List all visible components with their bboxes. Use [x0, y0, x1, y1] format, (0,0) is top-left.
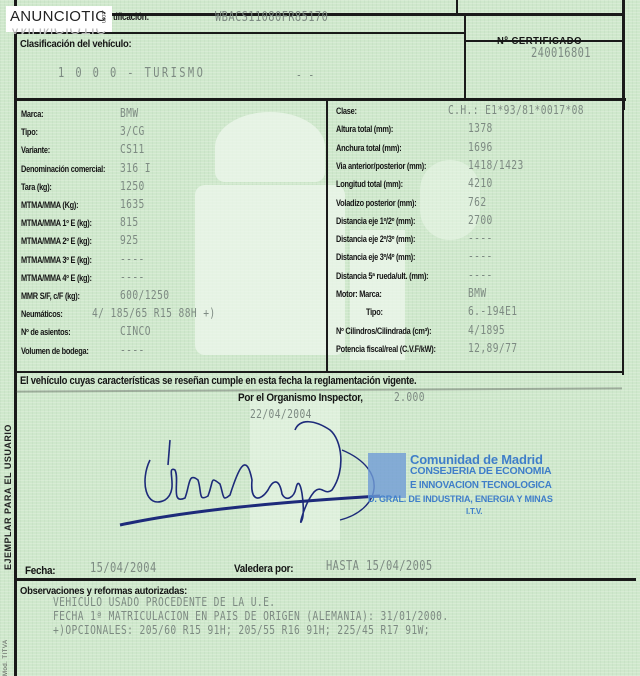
- field-value: ----: [468, 268, 493, 282]
- field-value: 762: [468, 195, 487, 209]
- field-value: 815: [120, 215, 139, 229]
- stamp-line-2: CONSEJERIA DE ECONOMIA: [410, 466, 551, 477]
- field-label: MMR S/F, c/F (kg):: [21, 291, 80, 301]
- field-label: MTMA/MMA 3º E (kg):: [21, 255, 92, 265]
- field-value: ----: [120, 270, 145, 284]
- field-label: MTMA/MMA (Kg):: [21, 200, 78, 210]
- observation-line-3: +)OPCIONALES: 205/60 R15 91H; 205/55 R16…: [53, 623, 430, 637]
- stamp-line-1: Comunidad de Madrid: [410, 452, 543, 467]
- field-label: Tipo:: [366, 307, 383, 317]
- field-label: Marca:: [21, 109, 43, 119]
- logo-suffix: .com: [100, 10, 106, 23]
- inspector-code: 2.000: [394, 390, 425, 404]
- fecha-value: 15/04/2004: [90, 561, 157, 576]
- field-value: 6.-194E1: [468, 304, 517, 318]
- clasificacion-value: 1 0 0 0 - TURISMO: [58, 66, 205, 81]
- field-value: CS11: [120, 142, 145, 156]
- field-label: Motor: Marca:: [336, 289, 382, 299]
- field-value: ----: [468, 249, 493, 263]
- field-label: Clase:: [336, 106, 357, 116]
- field-value: 1378: [468, 121, 493, 135]
- field-label: Distancia eje 2º/3º (mm):: [336, 234, 415, 244]
- field-label: Volumen de bodega:: [21, 346, 89, 356]
- identificacion-label: tificación:: [113, 12, 149, 23]
- field-label: Distancia eje 1º/2º (mm):: [336, 216, 415, 226]
- valedera-value: HASTA 15/04/2005: [326, 559, 433, 574]
- clasificacion-label: Clasificación del vehículo:: [20, 38, 131, 50]
- field-value: ----: [120, 252, 145, 266]
- field-value: 925: [120, 233, 139, 247]
- model-label: Mod. TITVA: [3, 640, 9, 676]
- vehicle-technical-card: ANUNCIOTIC ANUNCIOTIC .com tificación: W…: [0, 0, 640, 676]
- field-value: 1250: [120, 179, 145, 193]
- field-value: 4/ 185/65 R15 88H +): [92, 306, 216, 320]
- logo-text: ANUNCIOTIC: [10, 8, 106, 25]
- field-label: MTMA/MMA 2º E (kg):: [21, 236, 92, 246]
- stamp-line-4: D. GRAL. DE INDUSTRIA, ENERGIA Y MINAS: [368, 494, 553, 505]
- compliance-statement: El vehículo cuyas características se res…: [20, 375, 416, 387]
- inspector-signature: [110, 410, 410, 540]
- inspector-label: Por el Organismo Inspector,: [238, 392, 363, 404]
- field-label: Distancia 5ª rueda/ult. (mm):: [336, 271, 428, 281]
- field-label: Potencia fiscal/real (C.V.F/kW):: [336, 344, 436, 354]
- field-label: Denominación comercial:: [21, 164, 105, 174]
- field-value: 3/CG: [120, 124, 145, 138]
- field-label: Via anterior/posterior (mm):: [336, 161, 426, 171]
- field-label: Tara (kg):: [21, 182, 52, 192]
- field-label: Voladizo posterior (mm):: [336, 198, 416, 208]
- field-value: 600/1250: [120, 288, 169, 302]
- field-label: Neumáticos:: [21, 309, 63, 319]
- field-value: ----: [120, 343, 145, 357]
- anunciotic-logo: ANUNCIOTIC ANUNCIOTIC .com: [6, 6, 112, 32]
- watermark-shield: [195, 185, 345, 355]
- field-label: MTMA/MMA 4º E (kg):: [21, 273, 92, 283]
- field-value: BMW: [120, 106, 139, 120]
- field-value: 12,89/77: [468, 341, 517, 355]
- field-label: Longitud total (mm):: [336, 179, 403, 189]
- field-label: Anchura total (mm):: [336, 143, 401, 153]
- identificacion-value: WBACS11080FR85170: [215, 10, 328, 25]
- field-value: CINCO: [120, 324, 151, 338]
- field-label: MTMA/MMA 1º E (kg):: [21, 218, 92, 228]
- field-value: 4210: [468, 176, 493, 190]
- observation-line-2: FECHA 1ª MATRICULACION EN PAIS DE ORIGEN…: [53, 609, 449, 623]
- stamp-emblem: [368, 453, 406, 498]
- field-value: 2700: [468, 213, 493, 227]
- certificado-value: 240016801: [531, 46, 591, 61]
- field-value: ----: [468, 231, 493, 245]
- field-value: 316 I: [120, 161, 151, 175]
- field-label: Tipo:: [21, 127, 38, 137]
- field-value: 4/1895: [468, 323, 505, 337]
- observation-line-1: VEHICULO USADO PROCEDENTE DE LA U.E.: [53, 595, 275, 609]
- stamp-line-3: E INNOVACION TECNOLOGICA: [410, 480, 552, 491]
- field-value: 1635: [120, 197, 145, 211]
- clasificacion-extra: - -: [296, 68, 315, 82]
- valedera-label: Valedera por:: [234, 563, 293, 575]
- fecha-label: Fecha:: [25, 565, 55, 577]
- field-value: 1696: [468, 140, 493, 154]
- field-label: Nº de asientos:: [21, 327, 70, 337]
- field-label: Nº Cilindros/Cilindrada (cm³):: [336, 326, 431, 336]
- field-label: Distancia eje 3º/4º (mm):: [336, 252, 415, 262]
- field-label: Altura total (mm):: [336, 124, 393, 134]
- copy-label: EJEMPLAR PARA EL USUARIO: [3, 424, 13, 570]
- watermark-crown: [215, 112, 325, 182]
- field-label: Variante:: [21, 145, 50, 155]
- stamp-line-5: I.T.V.: [466, 507, 482, 516]
- field-value: 1418/1423: [468, 158, 524, 172]
- field-value: BMW: [468, 286, 487, 300]
- field-value: C.H.: E1*93/81*0017*08: [448, 103, 584, 117]
